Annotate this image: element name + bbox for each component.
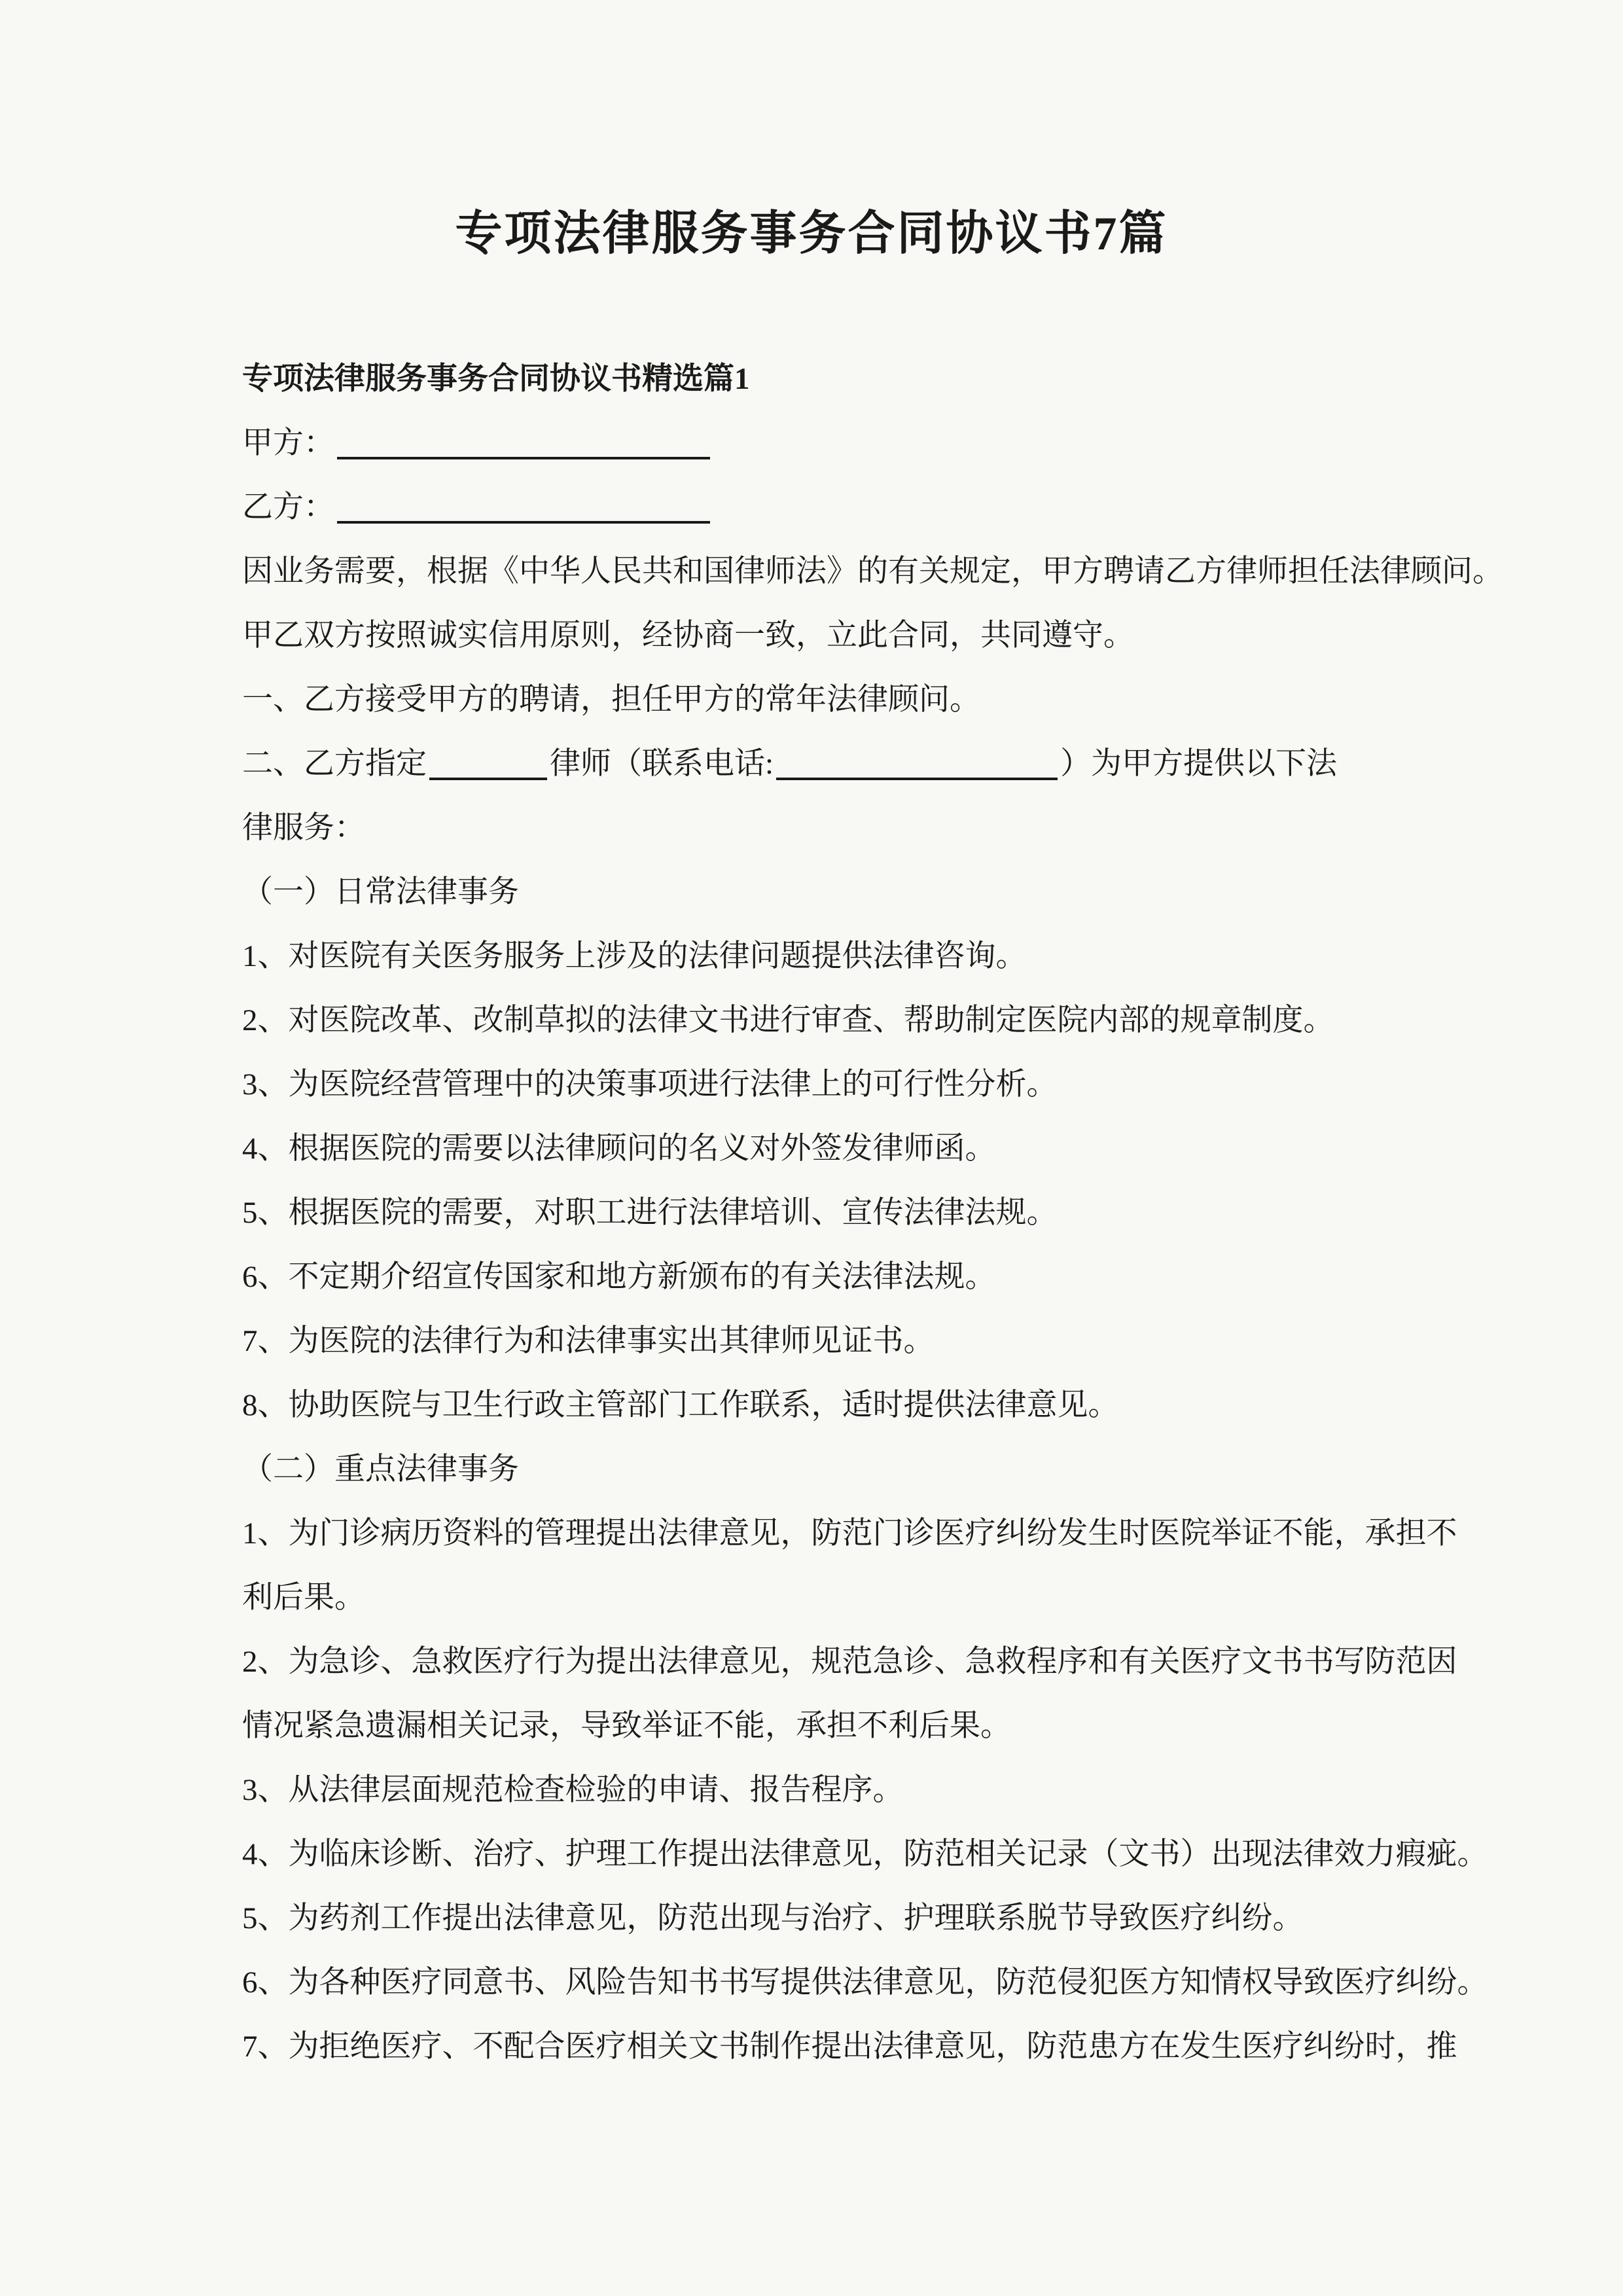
- text-segment: （一）日常法律事务: [242, 875, 519, 909]
- daily-item-8: 8、协助医院与卫生行政主管部门工作联系，适时提供法律意见。: [242, 1373, 1518, 1437]
- text-segment: 5、根据医院的需要，对职工进行法律培训、宣传法律法规。: [242, 1196, 1058, 1230]
- text-segment: 一、乙方接受甲方的聘请，担任甲方的常年法律顾问。: [242, 683, 980, 717]
- key-item-2-line-1: 2、为急诊、急救医疗行为提出法律意见，规范急诊、急救程序和有关医疗文书书写防范因: [242, 1630, 1518, 1694]
- preamble-line-2: 甲乙双方按照诚实信用原则，经协商一致，立此合同，共同遵守。: [242, 603, 1518, 668]
- daily-item-7: 7、为医院的法律行为和法律事实出其律师见证书。: [242, 1309, 1518, 1373]
- party-b-line: 乙方：: [242, 475, 1518, 539]
- fill-in-blank-underline: [776, 772, 1058, 780]
- text-segment: 6、不定期介绍宣传国家和地方新颁布的有关法律法规。: [242, 1260, 996, 1294]
- text-segment: 1、为门诊病历资料的管理提出法律意见，防范门诊医疗纠纷发生时医院举证不能，承担不: [242, 1516, 1457, 1551]
- clause-2-line-2: 律服务：: [242, 796, 1518, 860]
- document-body: 专项法律服务事务合同协议书精选篇1甲方：乙方：因业务需要，根据《中华人民共和国律…: [0, 347, 1623, 2079]
- text-segment: 二、乙方指定: [242, 747, 427, 781]
- text-segment: ）为甲方提供以下法: [1060, 747, 1337, 781]
- fill-in-blank-underline: [337, 452, 710, 459]
- clause-1: 一、乙方接受甲方的聘请，担任甲方的常年法律顾问。: [242, 668, 1518, 732]
- text-segment: 2、对医院改革、改制草拟的法律文书进行审查、帮助制定医院内部的规章制度。: [242, 1003, 1334, 1037]
- daily-item-5: 5、根据医院的需要，对职工进行法律培训、宣传法律法规。: [242, 1181, 1518, 1245]
- text-segment: 乙方：: [242, 490, 334, 524]
- text-segment: 律师（联系电话:: [550, 747, 774, 781]
- text-segment: 利后果。: [242, 1581, 365, 1615]
- daily-item-4: 4、根据医院的需要以法律顾问的名义对外签发律师函。: [242, 1117, 1518, 1181]
- text-segment: 3、从法律层面规范检查检验的申请、报告程序。: [242, 1773, 904, 1807]
- key-item-2-line-2: 情况紧急遗漏相关记录，导致举证不能，承担不利后果。: [242, 1694, 1518, 1758]
- key-item-1-line-1: 1、为门诊病历资料的管理提出法律意见，防范门诊医疗纠纷发生时医院举证不能，承担不: [242, 1501, 1518, 1566]
- text-segment: 2、为急诊、急救医疗行为提出法律意见，规范急诊、急救程序和有关医疗文书书写防范因: [242, 1645, 1457, 1679]
- text-segment: 7、为医院的法律行为和法律事实出其律师见证书。: [242, 1324, 935, 1358]
- clause-2-line-1: 二、乙方指定律师（联系电话:）为甲方提供以下法: [242, 732, 1518, 796]
- key-item-3: 3、从法律层面规范检查检验的申请、报告程序。: [242, 1758, 1518, 1822]
- text-segment: 1、对医院有关医务服务上涉及的法律问题提供法律咨询。: [242, 939, 1027, 973]
- text-segment: 甲方：: [242, 426, 334, 460]
- text-segment: （二）重点法律事务: [242, 1452, 519, 1486]
- section-1-heading: （一）日常法律事务: [242, 860, 1518, 924]
- text-segment: 6、为各种医疗同意书、风险告知书书写提供法律意见，防范侵犯医方知情权导致医疗纠纷…: [242, 1965, 1488, 2000]
- key-item-7-line-1: 7、为拒绝医疗、不配合医疗相关文书制作提出法律意见，防范患方在发生医疗纠纷时，推: [242, 2015, 1518, 2079]
- text-segment: 5、为药剂工作提出法律意见，防范出现与治疗、护理联系脱节导致医疗纠纷。: [242, 1901, 1304, 1935]
- key-item-6: 6、为各种医疗同意书、风险告知书书写提供法律意见，防范侵犯医方知情权导致医疗纠纷…: [242, 1950, 1518, 2015]
- subtitle: 专项法律服务事务合同协议书精选篇1: [242, 347, 1518, 411]
- document-title: 专项法律服务事务合同协议书7篇: [0, 0, 1623, 261]
- text-segment: 情况紧急遗漏相关记录，导致举证不能，承担不利后果。: [242, 1709, 1011, 1743]
- daily-item-2: 2、对医院改革、改制草拟的法律文书进行审查、帮助制定医院内部的规章制度。: [242, 988, 1518, 1052]
- text-segment: 7、为拒绝医疗、不配合医疗相关文书制作提出法律意见，防范患方在发生医疗纠纷时，推: [242, 2030, 1457, 2064]
- daily-item-1: 1、对医院有关医务服务上涉及的法律问题提供法律咨询。: [242, 924, 1518, 988]
- contract-document-page: 专项法律服务事务合同协议书7篇 专项法律服务事务合同协议书精选篇1甲方：乙方：因…: [0, 0, 1623, 2296]
- daily-item-6: 6、不定期介绍宣传国家和地方新颁布的有关法律法规。: [242, 1245, 1518, 1309]
- fill-in-blank-underline: [337, 516, 710, 524]
- key-item-4: 4、为临床诊断、治疗、护理工作提出法律意见，防范相关记录（文书）出现法律效力瘕疵…: [242, 1822, 1518, 1886]
- section-2-heading: （二）重点法律事务: [242, 1437, 1518, 1501]
- text-segment: 律服务：: [242, 811, 365, 845]
- preamble-line-1: 因业务需要，根据《中华人民共和国律师法》的有关规定，甲方聘请乙方律师担任法律顾问…: [242, 539, 1518, 603]
- key-item-1-line-2: 利后果。: [242, 1566, 1518, 1630]
- daily-item-3: 3、为医院经营管理中的决策事项进行法律上的可行性分析。: [242, 1052, 1518, 1117]
- text-segment: 4、为临床诊断、治疗、护理工作提出法律意见，防范相关记录（文书）出现法律效力瘕疵…: [242, 1837, 1488, 1871]
- text-segment: 因业务需要，根据《中华人民共和国律师法》的有关规定，甲方聘请乙方律师担任法律顾问…: [242, 554, 1503, 588]
- party-a-line: 甲方：: [242, 411, 1518, 475]
- fill-in-blank-underline: [429, 772, 547, 780]
- text-segment: 8、协助医院与卫生行政主管部门工作联系，适时提供法律意见。: [242, 1388, 1119, 1422]
- text-segment: 4、根据医院的需要以法律顾问的名义对外签发律师函。: [242, 1132, 996, 1166]
- text-segment: 3、为医院经营管理中的决策事项进行法律上的可行性分析。: [242, 1067, 1058, 1102]
- key-item-5: 5、为药剂工作提出法律意见，防范出现与治疗、护理联系脱节导致医疗纠纷。: [242, 1886, 1518, 1950]
- text-segment: 专项法律服务事务合同协议书精选篇1: [242, 362, 750, 396]
- text-segment: 甲乙双方按照诚实信用原则，经协商一致，立此合同，共同遵守。: [242, 619, 1134, 653]
